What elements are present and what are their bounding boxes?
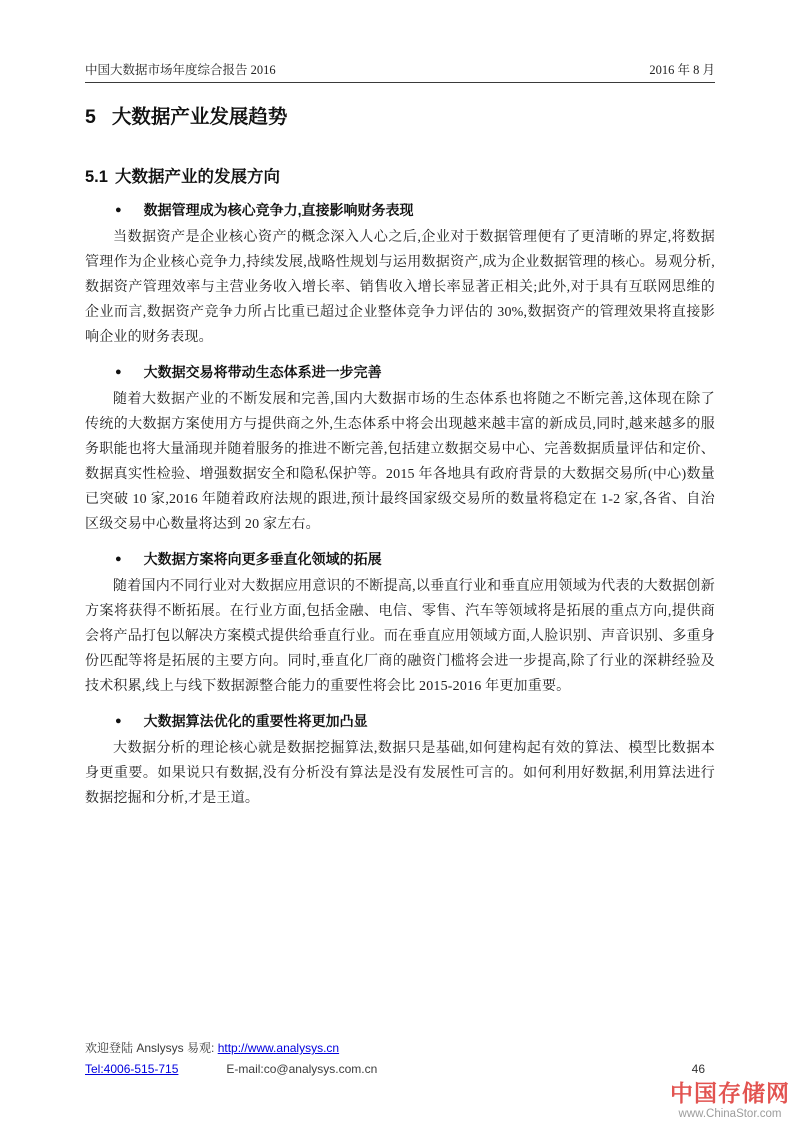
bullet-title: 大数据方案将向更多垂直化领域的拓展 (144, 548, 382, 570)
watermark-title: 中国存储网 (670, 1081, 790, 1106)
bullet-icon: ● (115, 548, 122, 570)
body-paragraph: 随着国内不同行业对大数据应用意识的不断提高,以垂直行业和垂直应用领域为代表的大数… (85, 574, 715, 699)
bullet-title: 大数据交易将带动生态体系进一步完善 (144, 361, 382, 383)
footer-contact-row: Tel:4006-515-715 E-mail:co@analysys.com.… (85, 1059, 715, 1080)
bullet-title: 数据管理成为核心竞争力,直接影响财务表现 (144, 199, 414, 221)
subsection-heading: 5.1大数据产业的发展方向 (85, 166, 715, 188)
page-header: 中国大数据市场年度综合报告 2016 2016 年 8 月 (85, 0, 715, 83)
footer-welcome-row: 欢迎登陆 Anslysys 易观: http://www.analysys.cn (85, 1038, 715, 1059)
page-footer: 欢迎登陆 Anslysys 易观: http://www.analysys.cn… (85, 1038, 715, 1080)
section-heading: 5大数据产业发展趋势 (85, 104, 715, 130)
bullet-item: ● 大数据算法优化的重要性将更加凸显 (85, 710, 715, 732)
document-page: 中国大数据市场年度综合报告 2016 2016 年 8 月 5大数据产业发展趋势… (0, 0, 800, 1131)
body-paragraph: 随着大数据产业的不断发展和完善,国内大数据市场的生态体系也将随之不断完善,这体现… (85, 387, 715, 537)
footer-welcome-text: 欢迎登陆 Anslysys 易观: (85, 1041, 214, 1055)
body-paragraph: 大数据分析的理论核心就是数据挖掘算法,数据只是基础,如何建构起有效的算法、模型比… (85, 736, 715, 811)
watermark-url: www.ChinaStor.com (670, 1108, 790, 1121)
page-content: 中国大数据市场年度综合报告 2016 2016 年 8 月 5大数据产业发展趋势… (85, 0, 715, 819)
header-date: 2016 年 8 月 (649, 62, 715, 78)
bullet-icon: ● (115, 199, 122, 221)
bullet-item: ● 大数据方案将向更多垂直化领域的拓展 (85, 548, 715, 570)
section-title: 大数据产业发展趋势 (112, 106, 288, 128)
bullet-item: ● 大数据交易将带动生态体系进一步完善 (85, 361, 715, 383)
watermark: 中国存储网 www.ChinaStor.com (670, 1081, 790, 1121)
bullet-icon: ● (115, 361, 122, 383)
footer-website-link[interactable]: http://www.analysys.cn (218, 1041, 339, 1055)
bullet-title: 大数据算法优化的重要性将更加凸显 (144, 710, 368, 732)
section-number: 5 (85, 106, 96, 128)
bullet-icon: ● (115, 710, 122, 732)
body-paragraph: 当数据资产是企业核心资产的概念深入人心之后,企业对于数据管理便有了更清晰的界定,… (85, 225, 715, 350)
bullet-item: ● 数据管理成为核心竞争力,直接影响财务表现 (85, 199, 715, 221)
subsection-title: 大数据产业的发展方向 (115, 168, 280, 186)
footer-email-text: E-mail:co@analysys.com.cn (226, 1059, 377, 1080)
footer-tel-link[interactable]: Tel:4006-515-715 (85, 1059, 178, 1080)
header-report-title: 中国大数据市场年度综合报告 2016 (85, 62, 276, 78)
page-number: 46 (692, 1059, 715, 1080)
subsection-number: 5.1 (85, 168, 108, 186)
